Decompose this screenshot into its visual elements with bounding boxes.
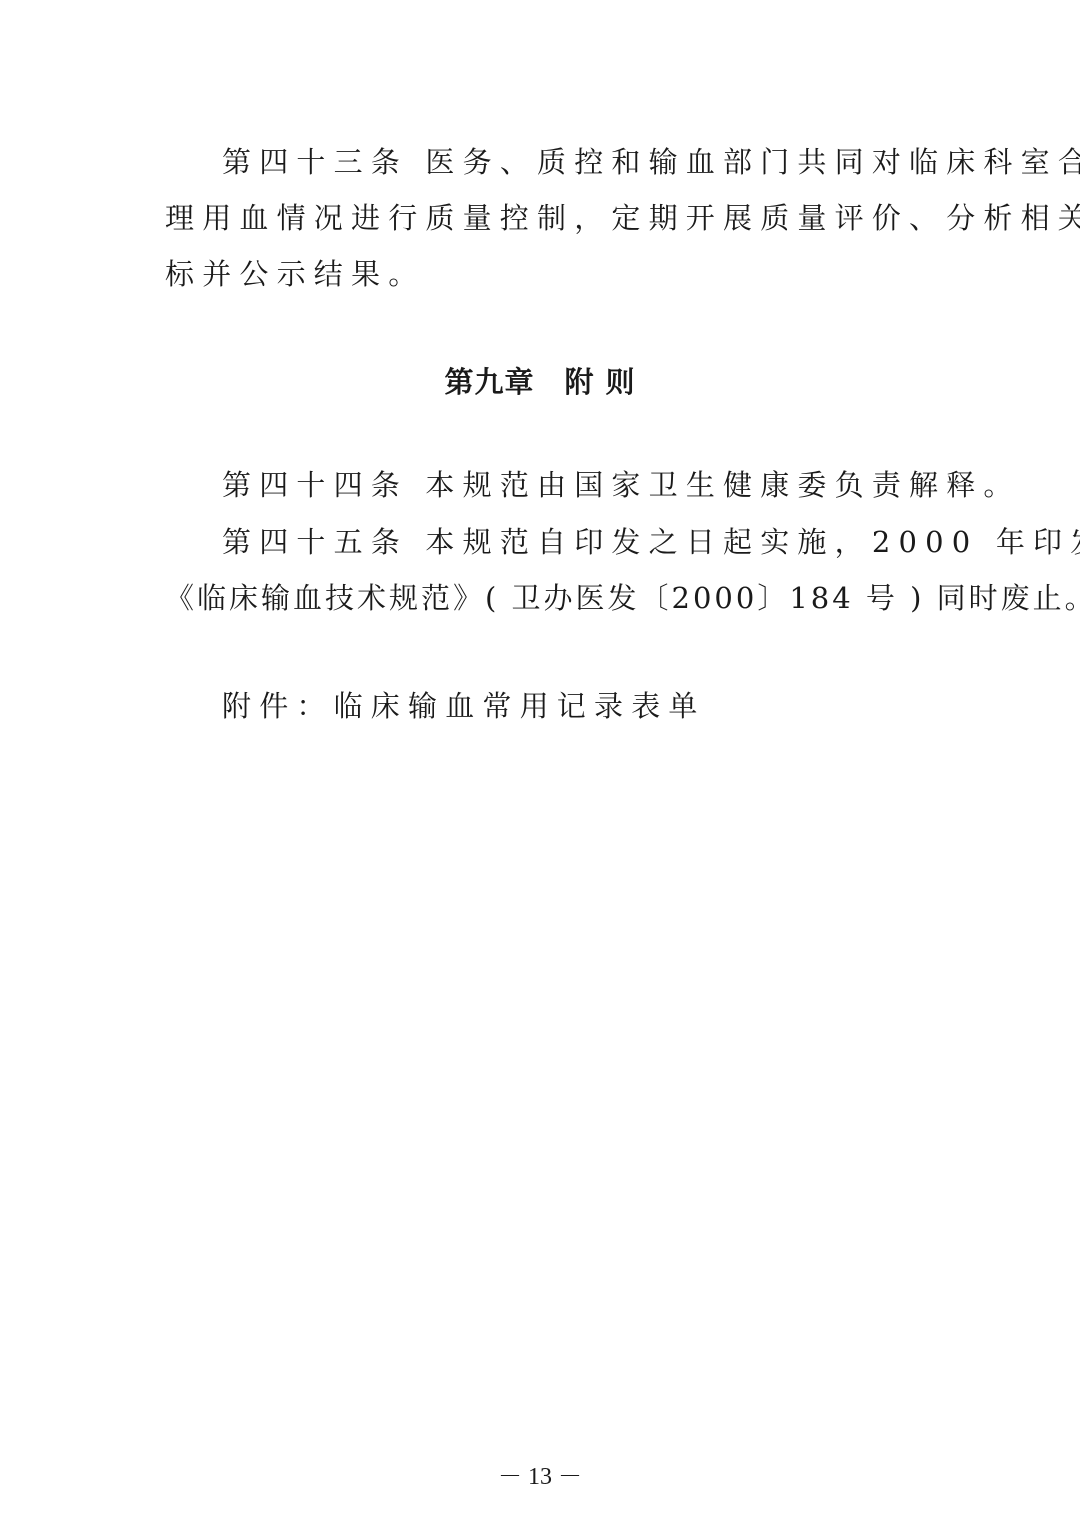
- page-number: － 13 －: [0, 1462, 1080, 1492]
- chapter-heading: 第九章 附 则: [0, 362, 1080, 402]
- article-45-line-2: 《临床输血技术规范》( 卫办医发〔2000〕184 号 ) 同时废止。: [165, 578, 925, 618]
- attachment-line: 附件：临床输血常用记录表单: [222, 686, 982, 726]
- article-45-line-1: 第四十五条 本规范自印发之日起实施，2000 年印发的: [222, 522, 982, 562]
- article-43-line-3: 标并公示结果。: [165, 254, 925, 294]
- article-44-line-1: 第四十四条 本规范由国家卫生健康委负责解释。: [222, 465, 982, 505]
- article-43-line-1: 第四十三条 医务、质控和输血部门共同对临床科室合: [222, 142, 982, 182]
- article-43-line-2: 理用血情况进行质量控制，定期开展质量评价、分析相关指: [165, 198, 925, 238]
- document-page: 第四十三条 医务、质控和输血部门共同对临床科室合 理用血情况进行质量控制，定期开…: [0, 0, 1080, 1527]
